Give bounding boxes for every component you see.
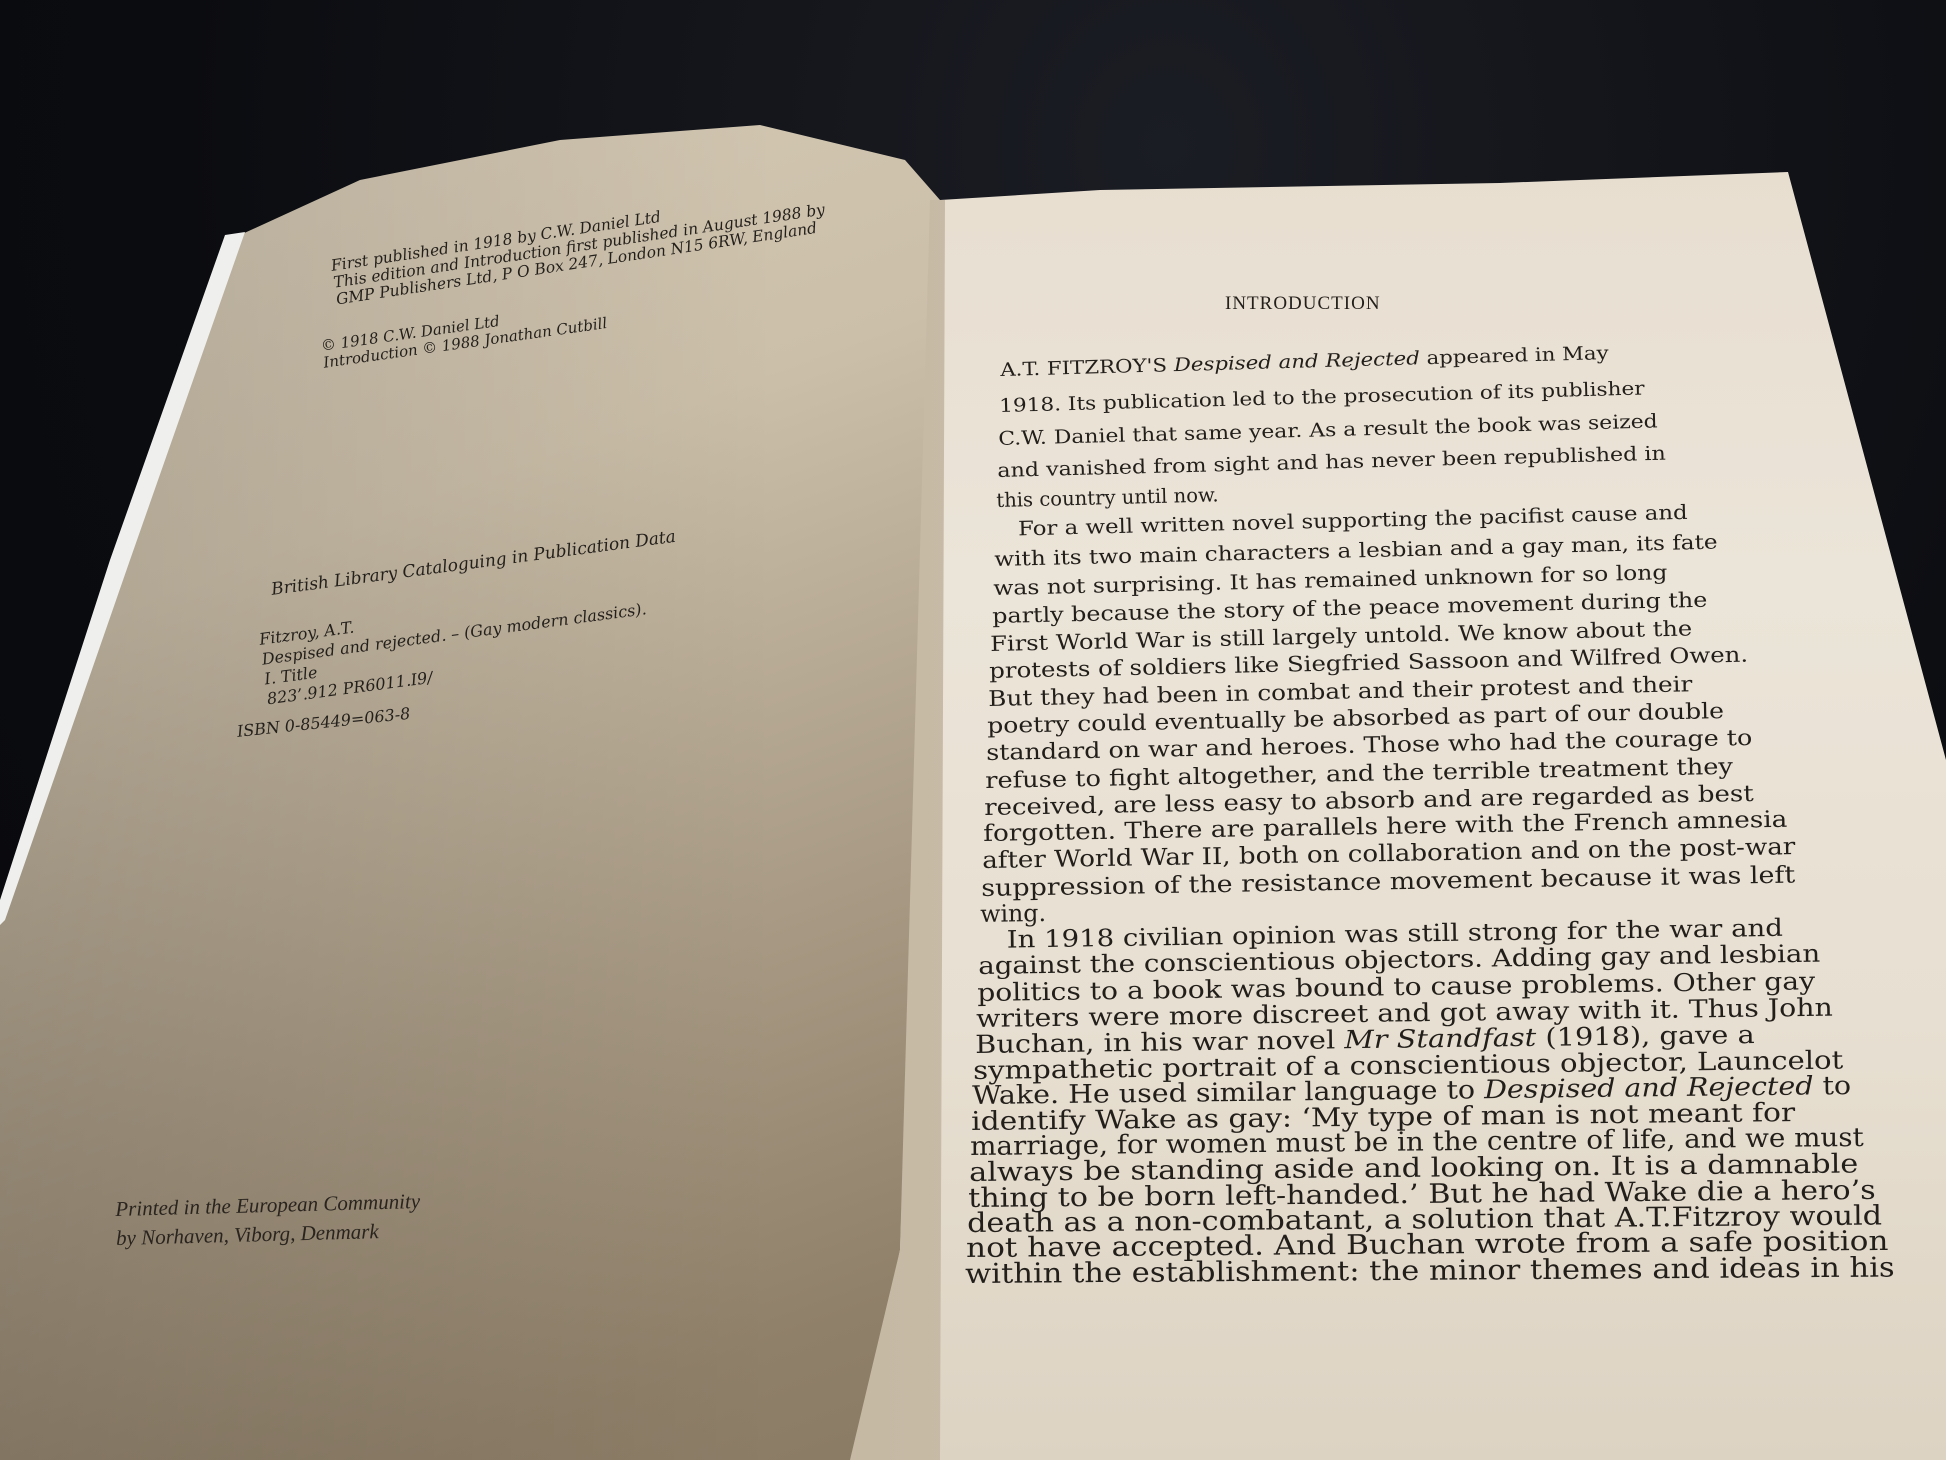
text-line: wing. xyxy=(980,899,1046,928)
chapter-title: INTRODUCTION xyxy=(1225,293,1381,315)
printer-info: Printed in the European Community by Nor… xyxy=(115,1187,421,1253)
text-line: within the establishment: the minor them… xyxy=(965,1252,1895,1290)
